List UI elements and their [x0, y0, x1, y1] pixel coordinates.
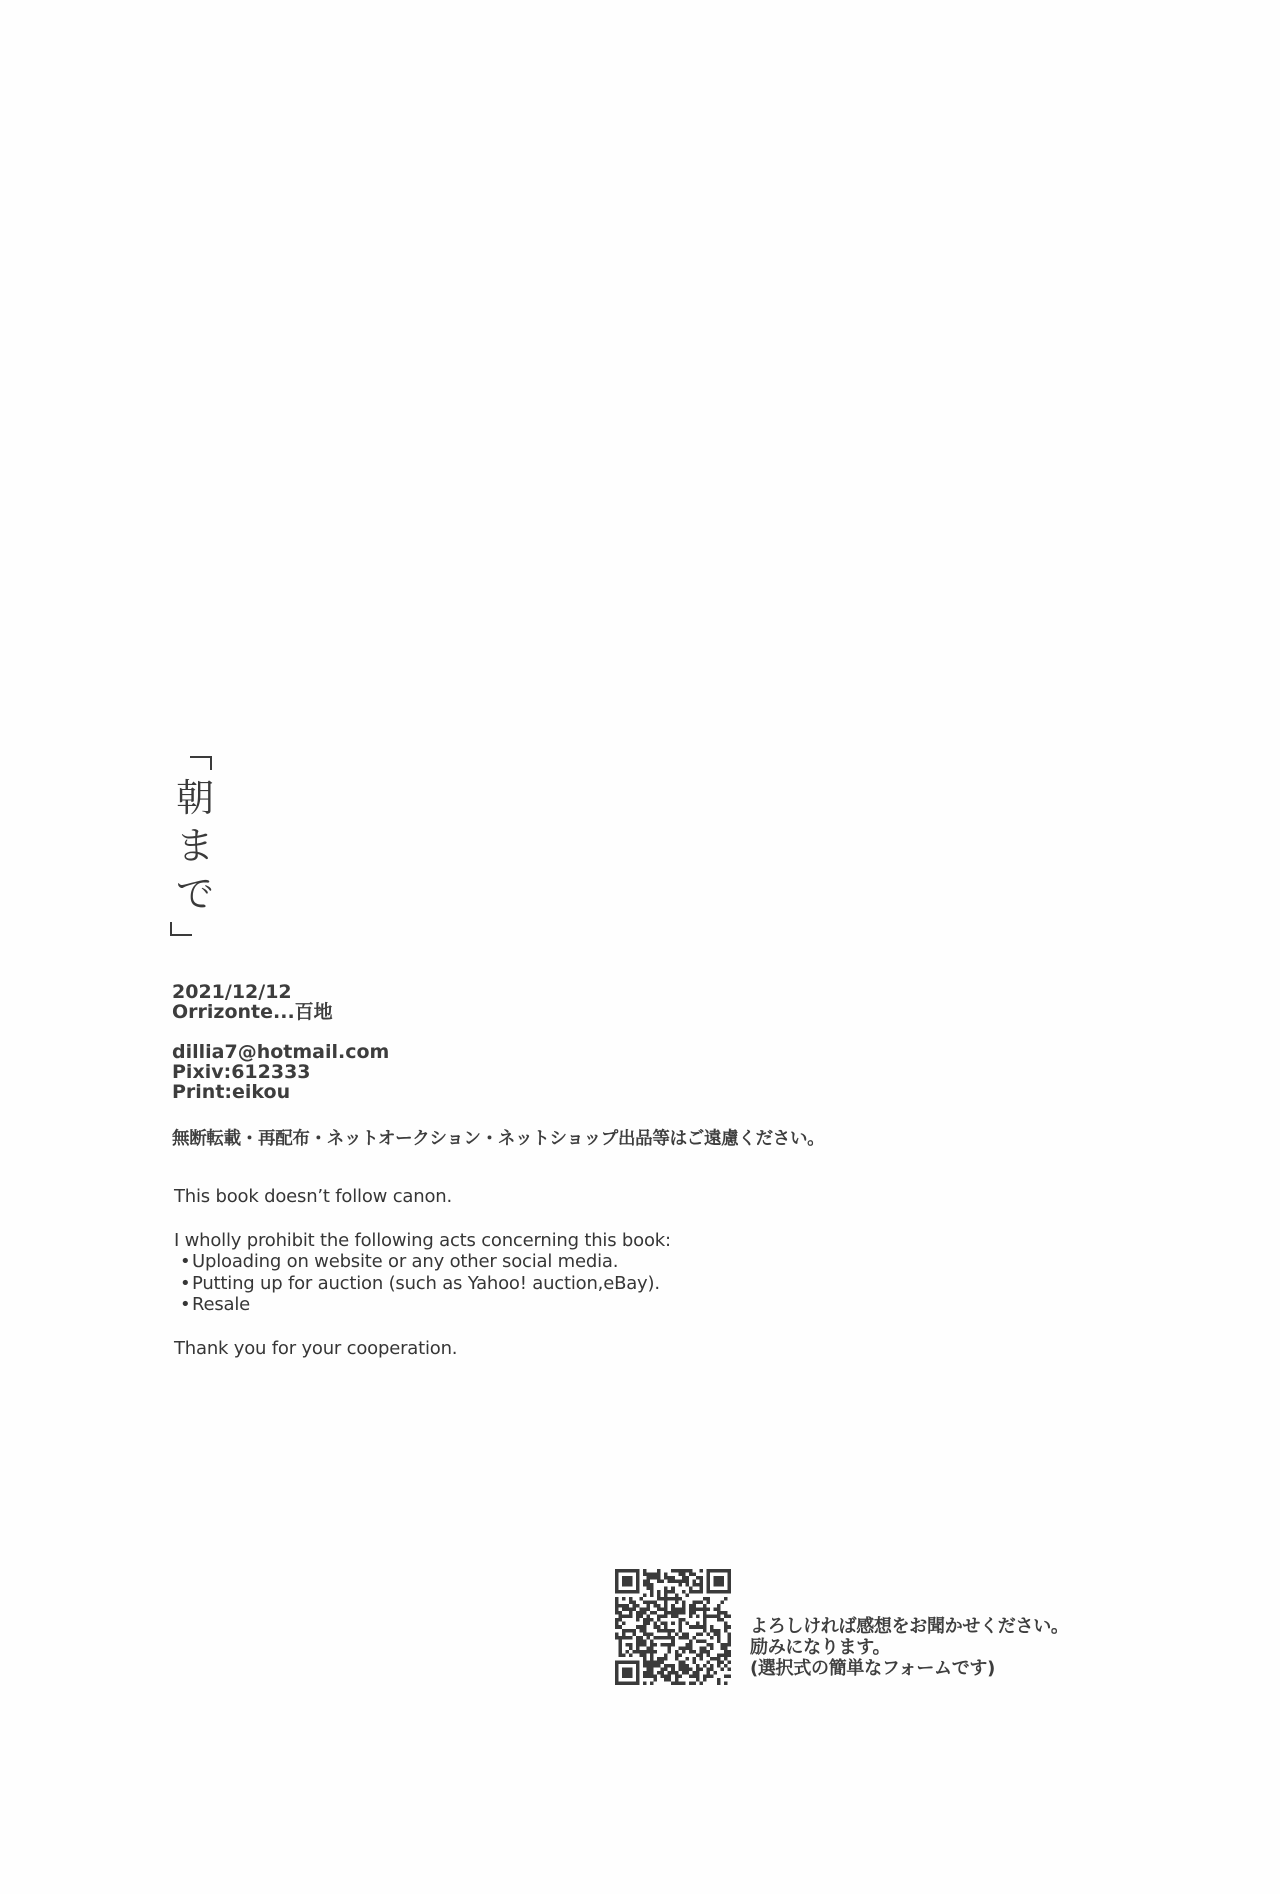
prohibit-intro: I wholly prohibit the following acts con…: [174, 1230, 671, 1252]
prohibited-act-item: •Uploading on website or any other socia…: [174, 1251, 671, 1273]
title-bracket-close: [170, 922, 192, 936]
feedback-line: 励みになります。: [750, 1637, 1069, 1658]
title-char: 朝: [176, 774, 214, 822]
bullet-icon: •: [180, 1294, 192, 1316]
publication-date: 2021/12/12: [172, 982, 389, 1002]
feedback-line: よろしければ感想をお聞かせください。: [750, 1616, 1069, 1637]
qr-code-icon[interactable]: [615, 1569, 731, 1685]
publication-info: 2021/12/12 Orrizonte...百地 dillia7@hotmai…: [172, 982, 389, 1102]
printer-name: Print:eikou: [172, 1082, 389, 1102]
pixiv-id: Pixiv:612333: [172, 1062, 389, 1082]
thanks-note: Thank you for your cooperation.: [174, 1338, 671, 1360]
prohibited-act-item: •Putting up for auction (such as Yahoo! …: [174, 1273, 671, 1295]
japanese-redistribution-notice: 無断転載・再配布・ネットオークション・ネットショップ出品等はご遠慮ください。: [172, 1128, 824, 1150]
contact-email: dillia7@hotmail.com: [172, 1042, 389, 1062]
title-characters: 朝 ま で: [171, 774, 219, 918]
feedback-request: よろしければ感想をお聞かせください。 励みになります。 (選択式の簡単なフォーム…: [750, 1616, 1069, 1679]
title-char: ま: [176, 822, 214, 870]
book-colophon-page: 朝 ま で 2021/12/12 Orrizonte...百地 dillia7@…: [0, 0, 1280, 1894]
circle-name: Orrizonte...百地: [172, 1002, 389, 1022]
bullet-icon: •: [180, 1251, 192, 1273]
prohibited-act-item: •Resale: [174, 1294, 671, 1316]
english-notice: This book doesn’t follow canon. I wholly…: [174, 1186, 671, 1359]
title-char: で: [176, 870, 214, 918]
canon-note: This book doesn’t follow canon.: [174, 1186, 671, 1208]
vertical-title: 朝 ま で: [168, 752, 228, 942]
bullet-icon: •: [180, 1273, 192, 1295]
title-bracket-open: [190, 756, 212, 770]
feedback-line: (選択式の簡単なフォームです): [750, 1658, 1069, 1679]
